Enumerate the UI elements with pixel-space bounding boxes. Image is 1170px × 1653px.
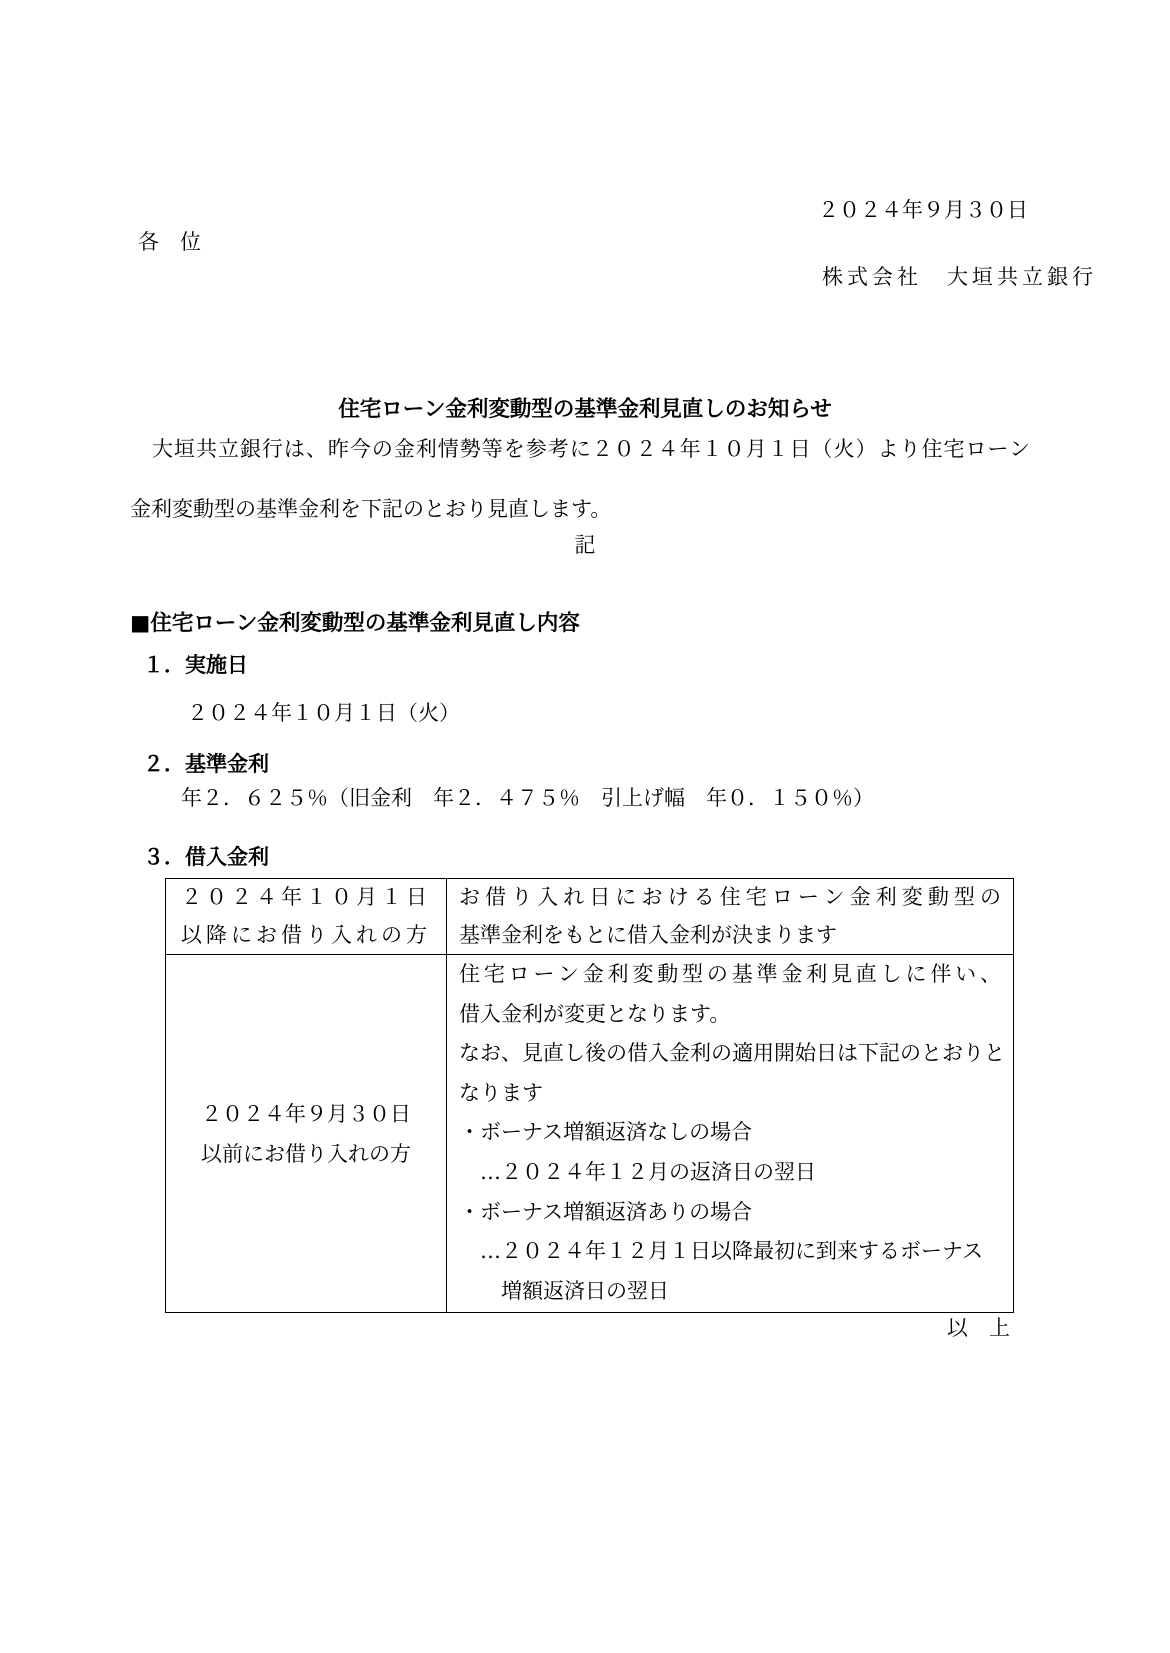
item-2-heading: ２．基準金利 <box>143 752 269 777</box>
period-line: 以前にお借り入れの方 <box>166 1134 446 1174</box>
document-title: 住宅ローン金利変動型の基準金利見直しのお知らせ <box>0 397 1170 423</box>
item-3-heading: ３．借入金利 <box>143 845 269 870</box>
notation-marker: 記 <box>0 533 1170 558</box>
item-1-value: ２０２４年１０月１日（火） <box>187 701 460 726</box>
document-date: ２０２４年９月３０日 <box>818 198 1028 223</box>
description-line: …２０２４年１２月の返済日の翌日 <box>459 1153 1001 1193</box>
description-line: …２０２４年１２月１日以降最初に到来するボーナス <box>459 1232 1001 1272</box>
table-cell-period-after-oct: ２０２４年１０月１日 以降にお借り入れの方 <box>166 879 447 954</box>
description-line: なお、見直し後の借入金利の適用開始日は下記のとおりと <box>459 1034 1001 1074</box>
table-cell-period-before-sep: ２０２４年９月３０日 以前にお借り入れの方 <box>166 955 447 1312</box>
description-line: 住宅ローン金利変動型の基準金利見直しに伴い、 <box>459 955 1001 995</box>
addressee: 各 位 <box>138 230 201 255</box>
closing-marker: 以 上 <box>947 1316 1010 1341</box>
item-2-value: 年２．６２５％（旧金利 年２．４７５％ 引上げ幅 年０．１５０％） <box>181 786 874 811</box>
description-line: なります <box>459 1074 1001 1114</box>
description-line: ・ボーナス増額返済ありの場合 <box>459 1193 1001 1233</box>
description-line: 基準金利をもとに借入金利が決まります <box>459 917 1001 955</box>
section-heading: ■住宅ローン金利変動型の基準金利見直し内容 <box>130 611 580 637</box>
intro-line-1: 大垣共立銀行は、昨今の金利情勢等を参考に２０２４年１０月１日（火）より住宅ローン <box>130 436 1030 496</box>
period-line: ２０２４年９月３０日 <box>166 1094 446 1134</box>
table-cell-description-before-sep: 住宅ローン金利変動型の基準金利見直しに伴い、 借入金利が変更となります。 なお、… <box>447 955 1013 1312</box>
description-line: 増額返済日の翌日 <box>459 1272 1001 1312</box>
item-1-heading: １．実施日 <box>143 653 248 678</box>
borrowing-rate-table: ２０２４年１０月１日 以降にお借り入れの方 お借り入れ日における住宅ローン金利変… <box>165 878 1014 1313</box>
period-line: 以降にお借り入れの方 <box>166 917 446 955</box>
table-row-before-sep: ２０２４年９月３０日 以前にお借り入れの方 住宅ローン金利変動型の基準金利見直し… <box>166 955 1013 1312</box>
description-line: 借入金利が変更となります。 <box>459 995 1001 1035</box>
document-page: ２０２４年９月３０日 各 位 株式会社 大垣共立銀行 住宅ローン金利変動型の基準… <box>0 0 1170 1653</box>
company-name: 株式会社 大垣共立銀行 <box>822 265 1097 290</box>
period-line: ２０２４年１０月１日 <box>166 879 446 917</box>
table-cell-description-after-oct: お借り入れ日における住宅ローン金利変動型の 基準金利をもとに借入金利が決まります <box>447 879 1013 954</box>
description-line: お借り入れ日における住宅ローン金利変動型の <box>459 879 1001 917</box>
description-line: ・ボーナス増額返済なしの場合 <box>459 1113 1001 1153</box>
table-row-after-oct: ２０２４年１０月１日 以降にお借り入れの方 お借り入れ日における住宅ローン金利変… <box>166 879 1013 955</box>
